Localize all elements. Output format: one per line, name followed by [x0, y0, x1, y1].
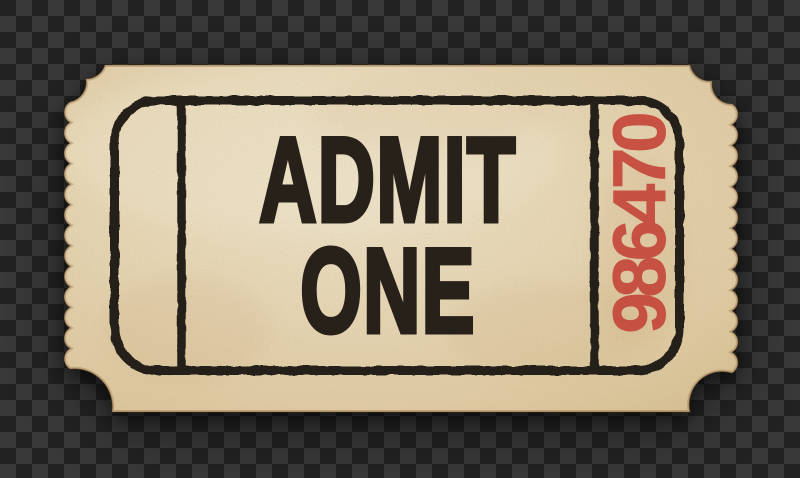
paper-grain — [55, 50, 750, 425]
image-canvas: ADMIT ONE 986470 — [0, 0, 800, 478]
ticket — [0, 0, 800, 478]
